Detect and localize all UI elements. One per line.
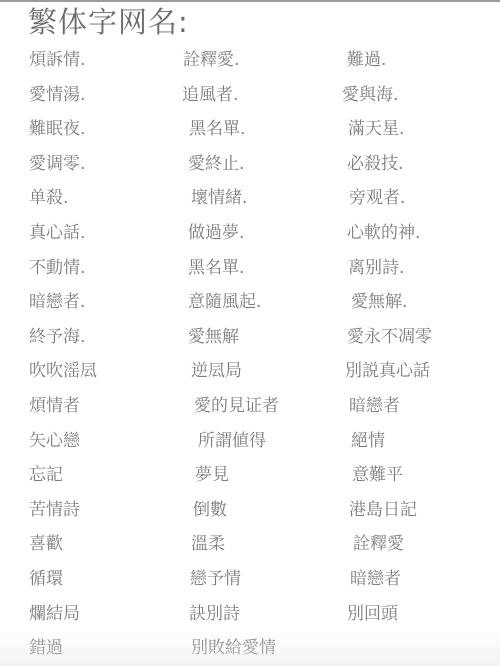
list-item: 所謂値得 — [198, 428, 266, 454]
list-item: 苦情詩 — [29, 497, 80, 523]
list-item: 詮釋愛. — [183, 47, 239, 73]
list-item: 難過. — [347, 47, 386, 73]
list-item: 愛無解 — [188, 324, 239, 350]
list-row: 煩情者 愛的見证者 暗戀者 — [0, 393, 500, 428]
list-item: 不動情. — [29, 255, 85, 281]
list-item: 訣別詩 — [189, 601, 240, 627]
list-item: 吹吹滛凨 — [29, 358, 97, 384]
list-row: 難眠夜. 黑名單. 滿天星. — [0, 116, 500, 151]
list-item: 溫柔 — [191, 531, 225, 557]
list-item: 暗戀者 — [349, 393, 400, 419]
list-item: 愛永不凋零 — [347, 324, 432, 350]
page-title: 繁体字网名: — [28, 4, 189, 40]
list-item: 黑名單. — [188, 255, 244, 281]
list-row: 吹吹滛凨 逆凨局 別説真心話 — [0, 358, 500, 393]
list-row: 煩訴情. 詮釋愛. 難過. — [0, 47, 500, 82]
list-item: 別回頭 — [347, 601, 398, 627]
list-item: 倒數 — [193, 497, 227, 523]
list-item: 絕情 — [351, 428, 385, 454]
list-row: 爛結局 訣別詩 別回頭 — [0, 601, 500, 636]
list-item: 壞情緒. — [191, 185, 247, 211]
list-item: 煩情者 — [29, 393, 80, 419]
list-row: 喜歡 溫柔 詮釋愛 — [0, 531, 500, 566]
list-item: 忘記 — [29, 462, 63, 488]
list-item: 錯過 — [29, 635, 63, 661]
list-row: 愛调零. 愛終止. 必殺技. — [0, 151, 500, 186]
list-row: 錯過 別敗給愛情 — [0, 635, 500, 666]
list-item: 离别詩. — [348, 255, 404, 281]
list-row: 苦情詩 倒數 港島日記 — [0, 497, 500, 532]
list-item: 心軟的神. — [347, 220, 420, 246]
list-item: 難眠夜. — [29, 116, 85, 142]
list-item: 終予海. — [29, 324, 85, 350]
list-item: 愛情湯. — [29, 82, 85, 108]
list-item: 愛的見证者 — [194, 393, 279, 419]
list-item: 循環 — [29, 566, 63, 592]
list-item: 別敗給愛情 — [191, 635, 276, 661]
list-item: 愛调零. — [29, 151, 85, 177]
list-row: 循環 戀予情 暗戀者 — [0, 566, 500, 601]
list-row: 不動情. 黑名單. 离别詩. — [0, 255, 500, 290]
list-item: 黑名單. — [189, 116, 245, 142]
name-list: 煩訴情. 詮釋愛. 難過. 愛情湯. 追風者. 愛與海. 難眠夜. 黑名單. 滿… — [0, 47, 500, 666]
list-row: 真心話. 做過夢. 心軟的神. — [0, 220, 500, 255]
list-item: 爛結局 — [29, 601, 80, 627]
list-item: 旁观者. — [349, 185, 405, 211]
list-row: 愛情湯. 追風者. 愛與海. — [0, 82, 500, 117]
list-row: 忘記 夢見 意難平 — [0, 462, 500, 497]
list-item: 逆凨局 — [191, 358, 242, 384]
list-item: 追風者. — [182, 82, 238, 108]
list-item: 喜歡 — [29, 531, 63, 557]
list-item: 单殺. — [29, 185, 68, 211]
list-item: 暗戀者. — [29, 289, 85, 315]
list-item: 暗戀者 — [350, 566, 401, 592]
list-item: 煩訴情. — [29, 47, 85, 73]
list-item: 意隨風起. — [188, 289, 261, 315]
list-row: 单殺. 壞情緒. 旁观者. — [0, 185, 500, 220]
list-item: 愛與海. — [342, 82, 398, 108]
list-item: 滿天星. — [348, 116, 404, 142]
list-row: 矢心戀 所謂値得 絕情 — [0, 428, 500, 463]
list-item: 戀予情 — [190, 566, 241, 592]
list-item: 做過夢. — [188, 220, 244, 246]
list-row: 終予海. 愛無解 愛永不凋零 — [0, 324, 500, 359]
list-item: 愛終止. — [188, 151, 244, 177]
list-item: 愛無解. — [351, 289, 407, 315]
list-item: 必殺技. — [347, 151, 403, 177]
list-item: 真心話. — [29, 220, 85, 246]
list-item: 別説真心話 — [345, 358, 430, 384]
list-item: 詮釋愛 — [353, 531, 404, 557]
list-item: 港島日記 — [349, 497, 417, 523]
list-item: 夢見 — [195, 462, 229, 488]
list-item: 意難平 — [352, 462, 403, 488]
list-item: 矢心戀 — [29, 428, 80, 454]
top-border — [0, 0, 500, 2]
list-row: 暗戀者. 意隨風起. 愛無解. — [0, 289, 500, 324]
